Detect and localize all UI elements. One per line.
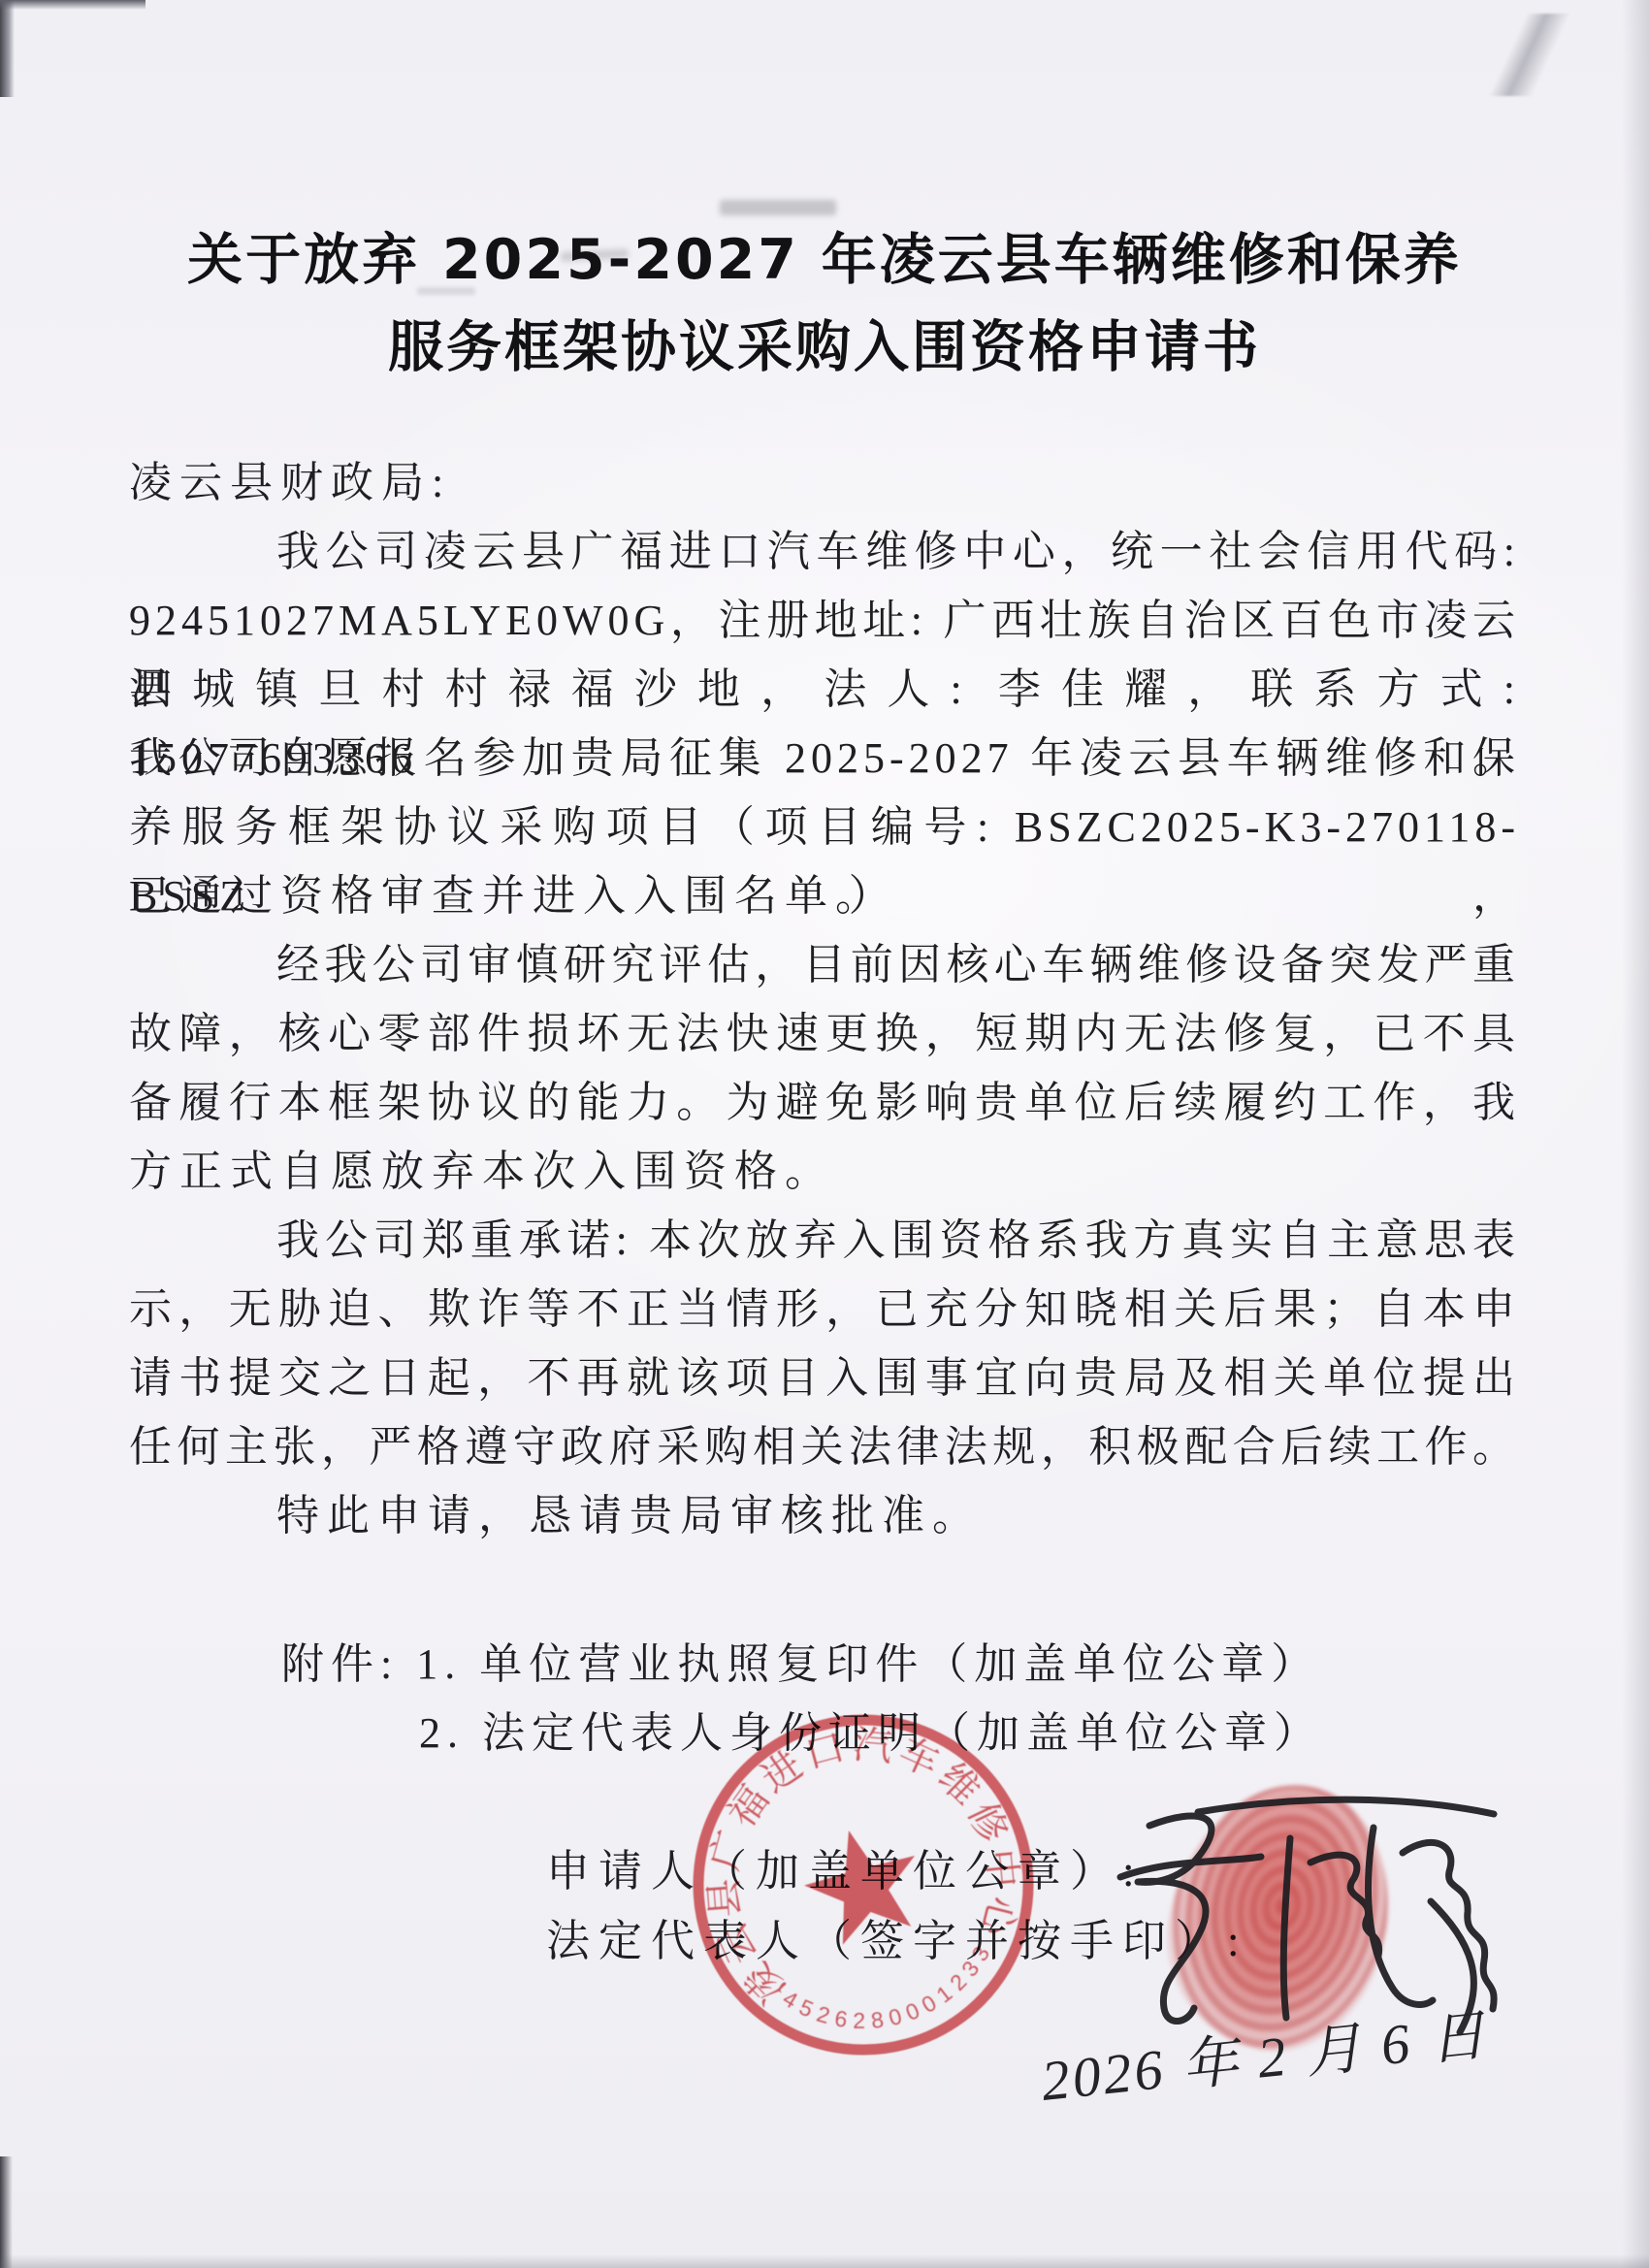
document-title: 关于放弃 2025-2027 年凌云县车辆维修和保养 服务框架协议采购入围资格申… xyxy=(87,216,1562,391)
photocopy-smudge xyxy=(720,200,836,215)
scan-edge-shadow-bottom xyxy=(0,2254,1649,2268)
body-line: 我公司凌云县广福进口汽车维修中心，统一社会信用代码: xyxy=(129,517,1520,586)
scan-edge-shadow-right xyxy=(1622,0,1649,2268)
body-line: 任何主张，严格遵守政府采购相关法律法规，积极配合后续工作。 xyxy=(129,1412,1520,1481)
scan-edge-shadow-bottom-left xyxy=(0,2156,13,2268)
salutation: 凌云县财政局: xyxy=(129,448,1520,517)
body-line: 我公司自愿报名参加贵局征集 2025-2027 年凌云县车辆维修和保 xyxy=(129,724,1520,793)
body-line: 养服务框架协议采购项目（项目编号: BSZC2025-K3-270118-BSS… xyxy=(129,793,1520,861)
body-line: 特此申请，恳请贵局审核批准。 xyxy=(129,1481,1520,1550)
seal-star-icon xyxy=(793,1816,932,1951)
scan-edge-shadow-top-left xyxy=(0,0,15,97)
body-line: 请书提交之日起，不再就该项目入围事宜向贵局及相关单位提出 xyxy=(129,1344,1520,1412)
body-line: 示，无胁迫、欺诈等不正当情形，已充分知晓相关后果；自本申 xyxy=(129,1275,1520,1344)
document-title-line2: 服务框架协议采购入围资格申请书 xyxy=(87,304,1562,391)
body-line: 我公司郑重承诺: 本次放弃入围资格系我方真实自主意思表 xyxy=(129,1206,1520,1275)
scan-streak-mark xyxy=(1436,14,1615,96)
body-line: 泗城镇旦村村禄福沙地，法人: 李佳耀，联系方式: 15077693366。 xyxy=(129,655,1520,724)
document-body: 凌云县财政局: 我公司凌云县广福进口汽车维修中心，统一社会信用代码: 92451… xyxy=(129,448,1520,1550)
attachment-item-1: 附件: 1. 单位营业执照复印件（加盖单位公章） xyxy=(281,1630,1323,1699)
scan-edge-shadow-top xyxy=(0,0,145,10)
document-title-line1: 关于放弃 2025-2027 年凌云县车辆维修和保养 xyxy=(87,216,1562,304)
company-seal-stamp: 凌云县广福进口汽车维修中心 4526280001233 xyxy=(681,1702,1046,2067)
body-line: 故障，核心零部件损坏无法快速更换，短期内无法修复，已不具 xyxy=(129,999,1520,1068)
body-line: 方正式自愿放弃本次入围资格。 xyxy=(129,1137,1520,1206)
body-line: 备履行本框架协议的能力。为避免影响贵单位后续履约工作，我 xyxy=(129,1068,1520,1137)
scanned-document-page: 关于放弃 2025-2027 年凌云县车辆维修和保养 服务框架协议采购入围资格申… xyxy=(0,0,1649,2268)
body-line: 经我公司审慎研究评估，目前因核心车辆维修设备突发严重 xyxy=(129,930,1520,999)
body-line: 92451027MA5LYE0W0G，注册地址: 广西壮族自治区百色市凌云县 xyxy=(129,586,1520,655)
